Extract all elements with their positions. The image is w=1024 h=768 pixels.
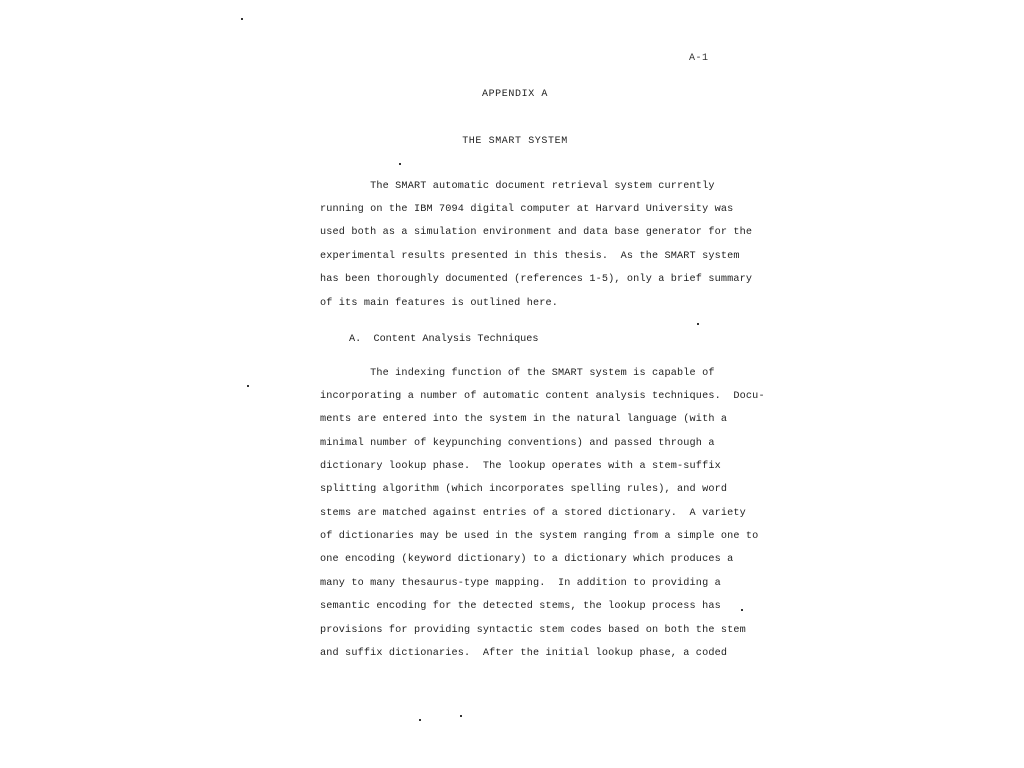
text-line: many to many thesaurus-type mapping. In … (320, 578, 721, 589)
text-line: running on the IBM 7094 digital computer… (320, 204, 733, 215)
text-line: dictionary lookup phase. The lookup oper… (320, 461, 721, 472)
scan-speck (419, 719, 421, 721)
scan-speck (697, 323, 699, 325)
text-line: ments are entered into the system in the… (320, 414, 727, 425)
scan-speck (741, 609, 743, 611)
text-line: one encoding (keyword dictionary) to a d… (320, 554, 733, 565)
text-line: has been thoroughly documented (referenc… (320, 274, 752, 285)
text-line: The indexing function of the SMART syste… (320, 368, 715, 379)
scan-speck (247, 385, 249, 387)
text-line: The SMART automatic document retrieval s… (320, 181, 715, 192)
text-line: semantic encoding for the detected stems… (320, 601, 721, 612)
text-line: stems are matched against entries of a s… (320, 508, 746, 519)
text-line: of its main features is outlined here. (320, 298, 558, 309)
text-line: provisions for providing syntactic stem … (320, 625, 746, 636)
section-heading: A. Content Analysis Techniques (349, 334, 539, 345)
page-title: THE SMART SYSTEM (0, 136, 1024, 147)
text-line: incorporating a number of automatic cont… (320, 391, 765, 402)
appendix-label: APPENDIX A (0, 89, 1024, 100)
text-line: and suffix dictionaries. After the initi… (320, 648, 727, 659)
text-line: of dictionaries may be used in the syste… (320, 531, 758, 542)
scan-speck (460, 715, 462, 717)
text-line: used both as a simulation environment an… (320, 227, 752, 238)
text-line: minimal number of keypunching convention… (320, 438, 715, 449)
document-page: A-1 APPENDIX A THE SMART SYSTEM The SMAR… (0, 0, 1024, 768)
text-line: experimental results presented in this t… (320, 251, 740, 262)
scan-speck (399, 163, 401, 165)
page-number: A-1 (689, 53, 709, 64)
text-line: splitting algorithm (which incorporates … (320, 484, 727, 495)
scan-speck (241, 18, 243, 20)
